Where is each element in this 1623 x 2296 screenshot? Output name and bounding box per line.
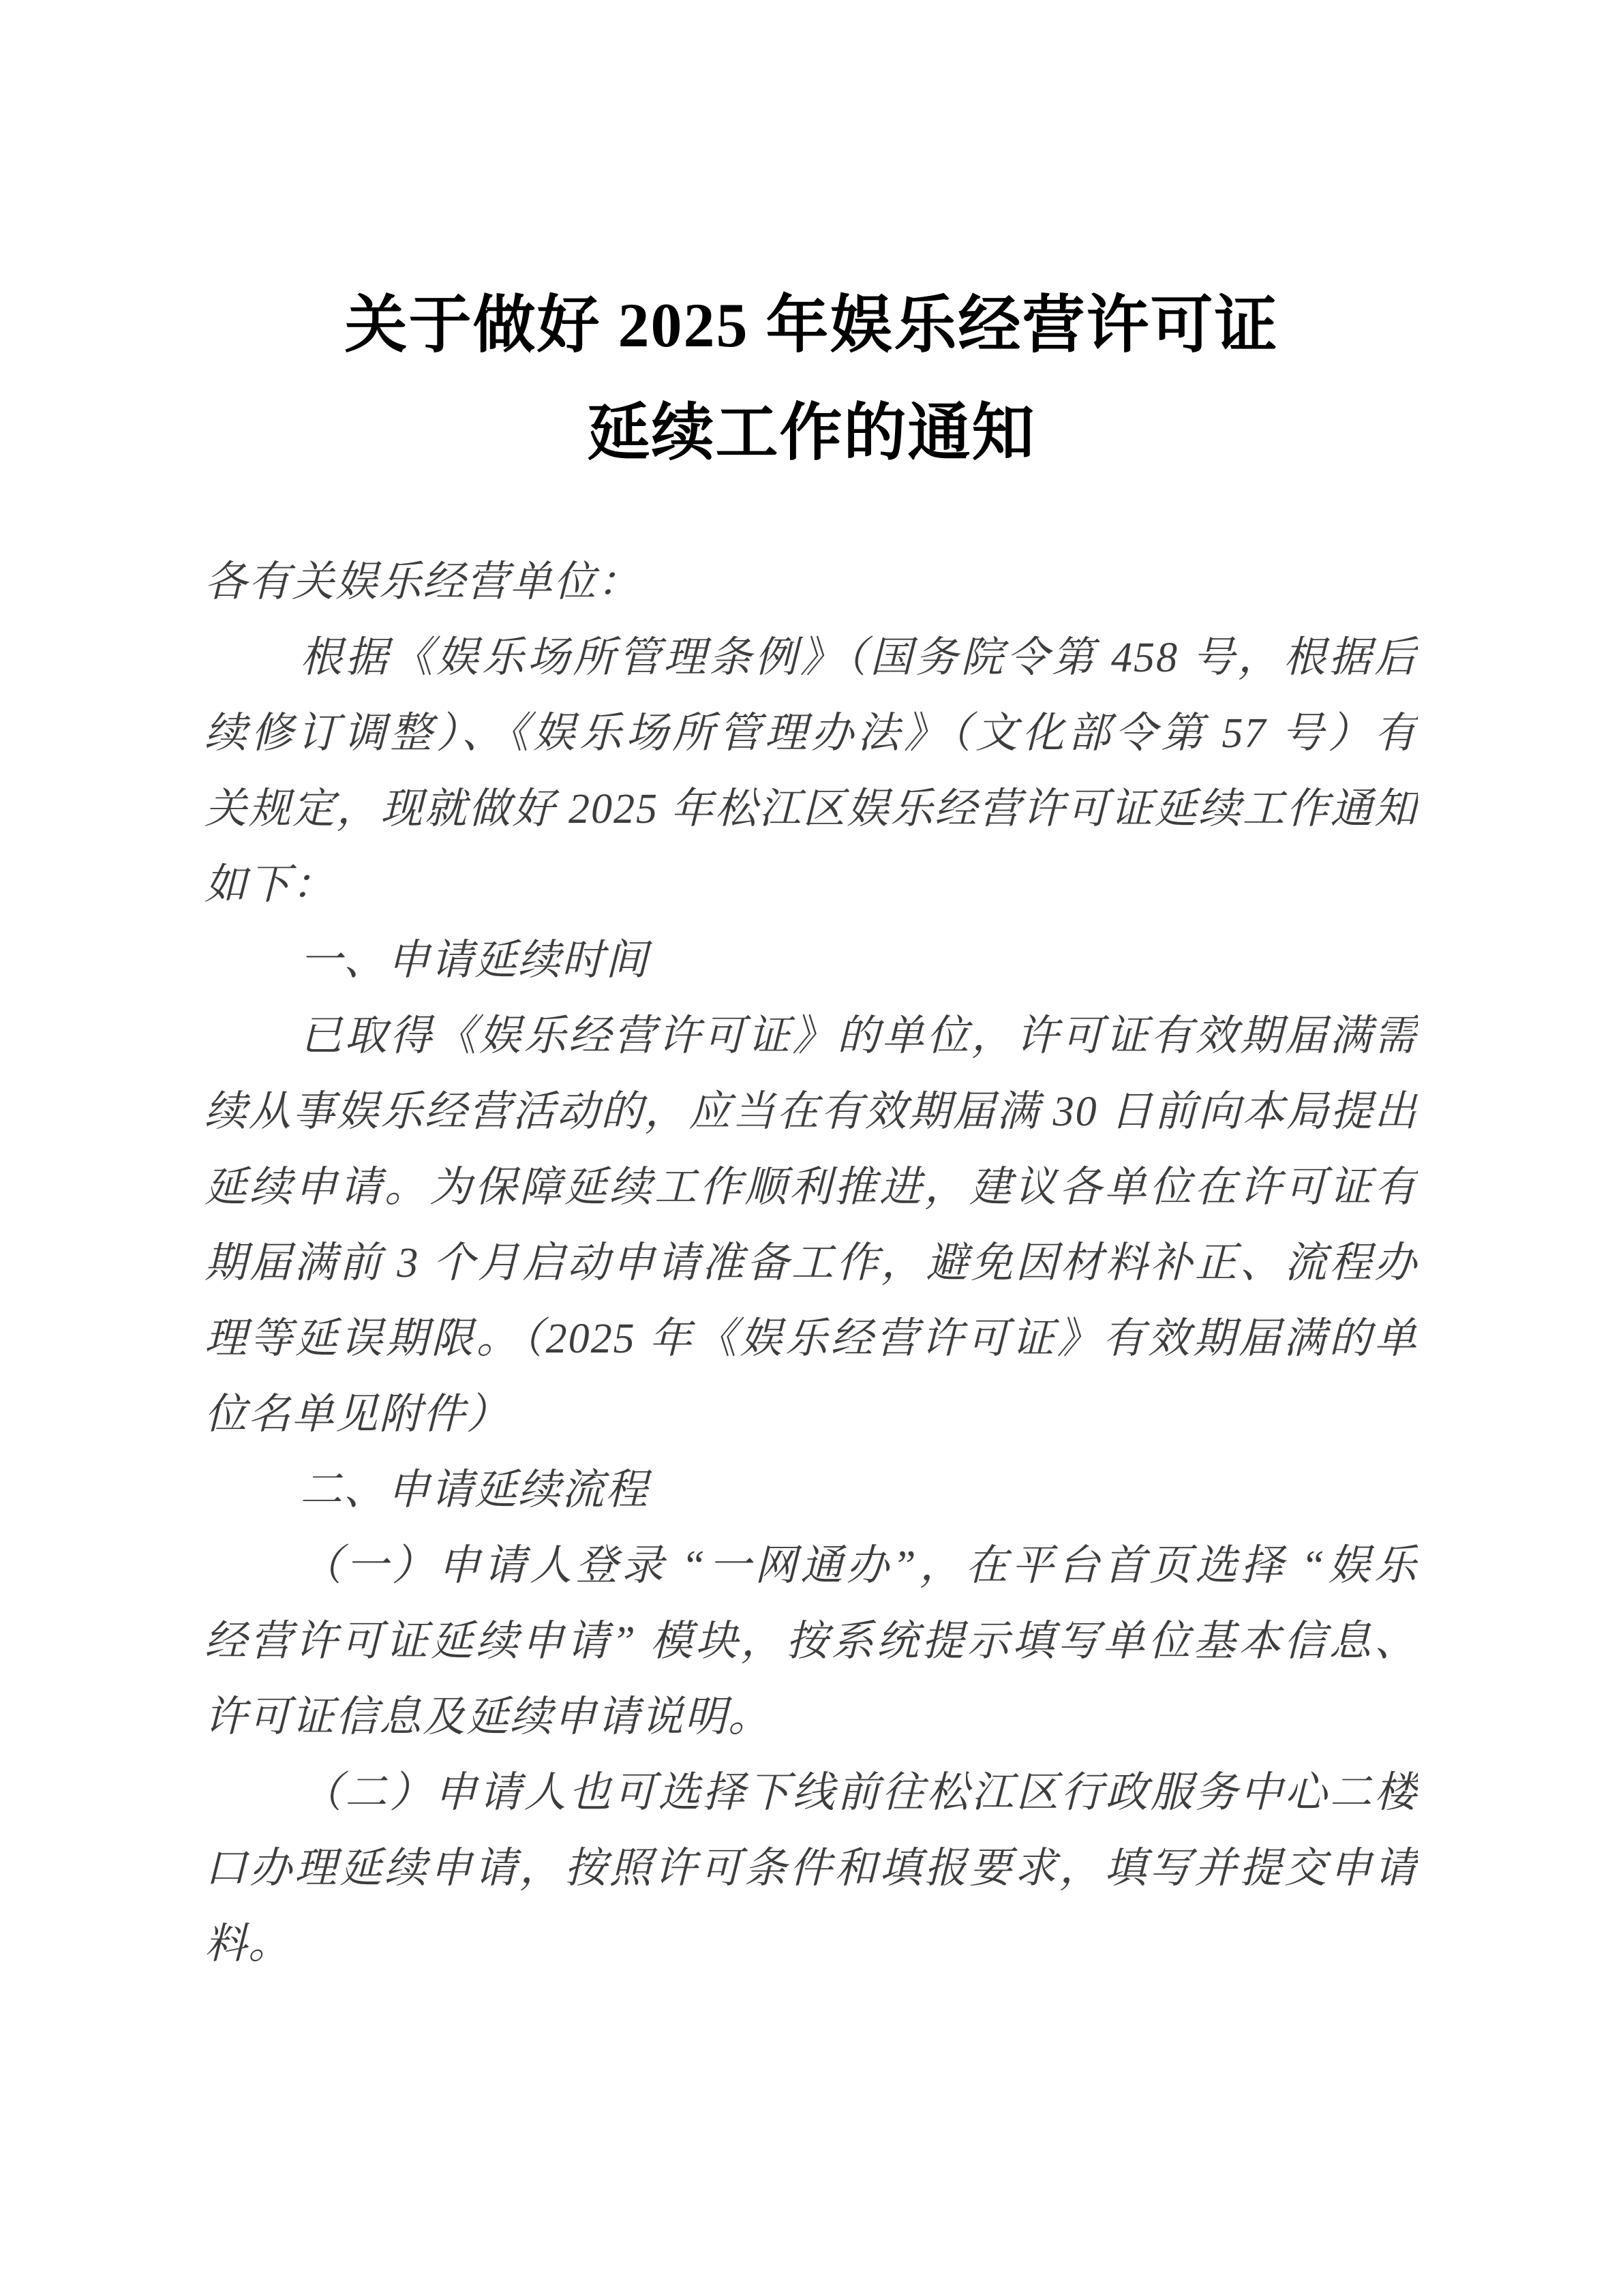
body-line: 一、申请延续时间: [204, 923, 1418, 999]
body-line: 续修订调整）、《娱乐场所管理办法》（文化部令第 57 号）有: [204, 696, 1418, 772]
document-body: 各有关娱乐经营单位：根据《娱乐场所管理条例》（国务院令第 458 号，根据后续修…: [0, 545, 1623, 1982]
body-line: 已取得《娱乐经营许可证》的单位，许可证有效期届满需继: [204, 999, 1418, 1074]
body-line: 经营许可证延续申请” 模块，按系统提示填写单位基本信息、: [204, 1604, 1418, 1680]
document-title-line-1: 关于做好 2025 年娱乐经营许可证: [0, 271, 1623, 379]
body-line: 口办理延续申请，按照许可条件和填报要求，填写并提交申请材: [204, 1831, 1418, 1907]
body-line: 根据《娱乐场所管理条例》（国务院令第 458 号，根据后: [204, 620, 1418, 696]
body-line: 各有关娱乐经营单位：: [204, 545, 1418, 620]
body-line: （二）申请人也可选择下线前往松江区行政服务中心二楼窗: [204, 1755, 1418, 1831]
document-title-line-2: 延续工作的通知: [0, 379, 1623, 487]
body-line: 二、申请延续流程: [204, 1453, 1418, 1528]
body-line: 如下：: [204, 847, 1418, 923]
body-line: 期届满前 3 个月启动申请准备工作，避免因材料补正、流程办: [204, 1226, 1418, 1301]
body-line: 续从事娱乐经营活动的，应当在有效期届满 30 日前向本局提出: [204, 1074, 1418, 1150]
document-page: 关于做好 2025 年娱乐经营许可证 延续工作的通知 各有关娱乐经营单位：根据《…: [0, 0, 1623, 2296]
body-line: 位名单见附件）: [204, 1377, 1418, 1453]
body-line: 许可证信息及延续申请说明。: [204, 1680, 1418, 1755]
body-line: 延续申请。为保障延续工作顺利推进，建议各单位在许可证有效: [204, 1150, 1418, 1226]
document-title: 关于做好 2025 年娱乐经营许可证 延续工作的通知: [0, 0, 1623, 487]
body-line: （一）申请人登录 “一网通办”，在平台首页选择 “娱乐: [204, 1528, 1418, 1604]
body-line: 料。: [204, 1907, 1418, 1982]
body-line: 关规定，现就做好 2025 年松江区娱乐经营许可证延续工作通知: [204, 772, 1418, 847]
body-line: 理等延误期限。（2025 年《娱乐经营许可证》有效期届满的单: [204, 1301, 1418, 1377]
